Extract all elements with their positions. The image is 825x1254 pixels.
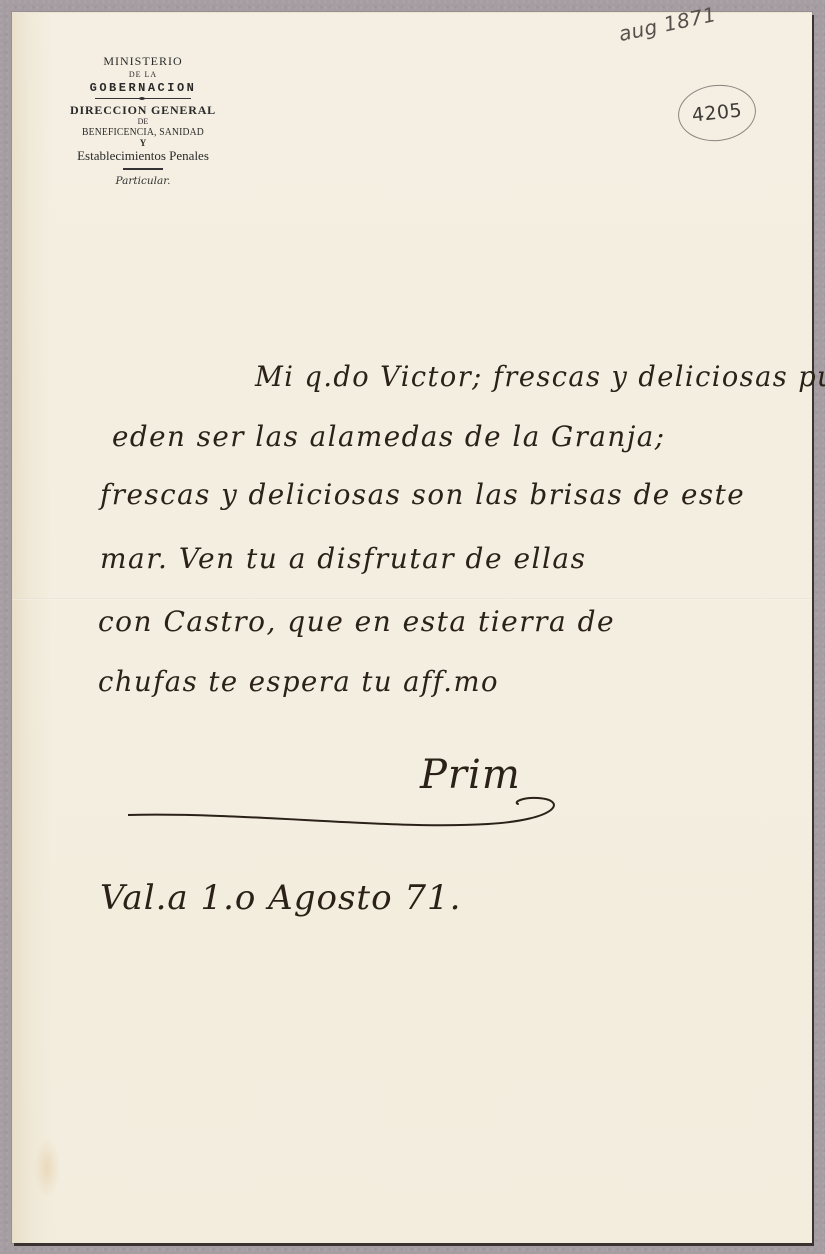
letterhead-de: DE (48, 117, 238, 126)
letterhead-direccion-general: DIRECCION GENERAL (48, 103, 238, 117)
letter-line: chufas te espera tu aff.mo (98, 665, 499, 698)
signature-flourish-icon (128, 790, 568, 850)
letter-line: Mi q.do Victor; frescas y deliciosas pu (255, 360, 825, 393)
archive-catalog-number: 4205 (691, 99, 743, 126)
letterhead-ministerio: MINISTERIO (48, 54, 238, 69)
letterhead-ornate-divider (95, 98, 191, 99)
letterhead-beneficencia-sanidad: BENEFICENCIA, SANIDAD (56, 126, 231, 139)
letter-dateline: Val.a 1.o Agosto 71. (100, 878, 461, 918)
letterhead-particular: Particular. (48, 175, 238, 187)
letterhead-plain-divider (123, 168, 163, 170)
letterhead-establecimientos-penales: Establecimientos Penales (48, 148, 238, 164)
paper-stain (34, 1138, 60, 1198)
letterhead-gobernacion: GOBERNACION (48, 80, 238, 96)
letter-line: mar. Ven tu a disfrutar de ellas (100, 542, 586, 575)
letter-line: eden ser las alamedas de la Granja; (112, 420, 666, 453)
letterhead-de-la: DE LA (48, 69, 238, 80)
letter-line: con Castro, que en esta tierra de (98, 605, 615, 638)
printed-letterhead: MINISTERIO DE LA GOBERNACION DIRECCION G… (48, 54, 238, 187)
letter-line: frescas y deliciosas son las brisas de e… (100, 478, 745, 511)
letterhead-y: Y (48, 139, 238, 148)
paper-fold-line (12, 598, 812, 600)
